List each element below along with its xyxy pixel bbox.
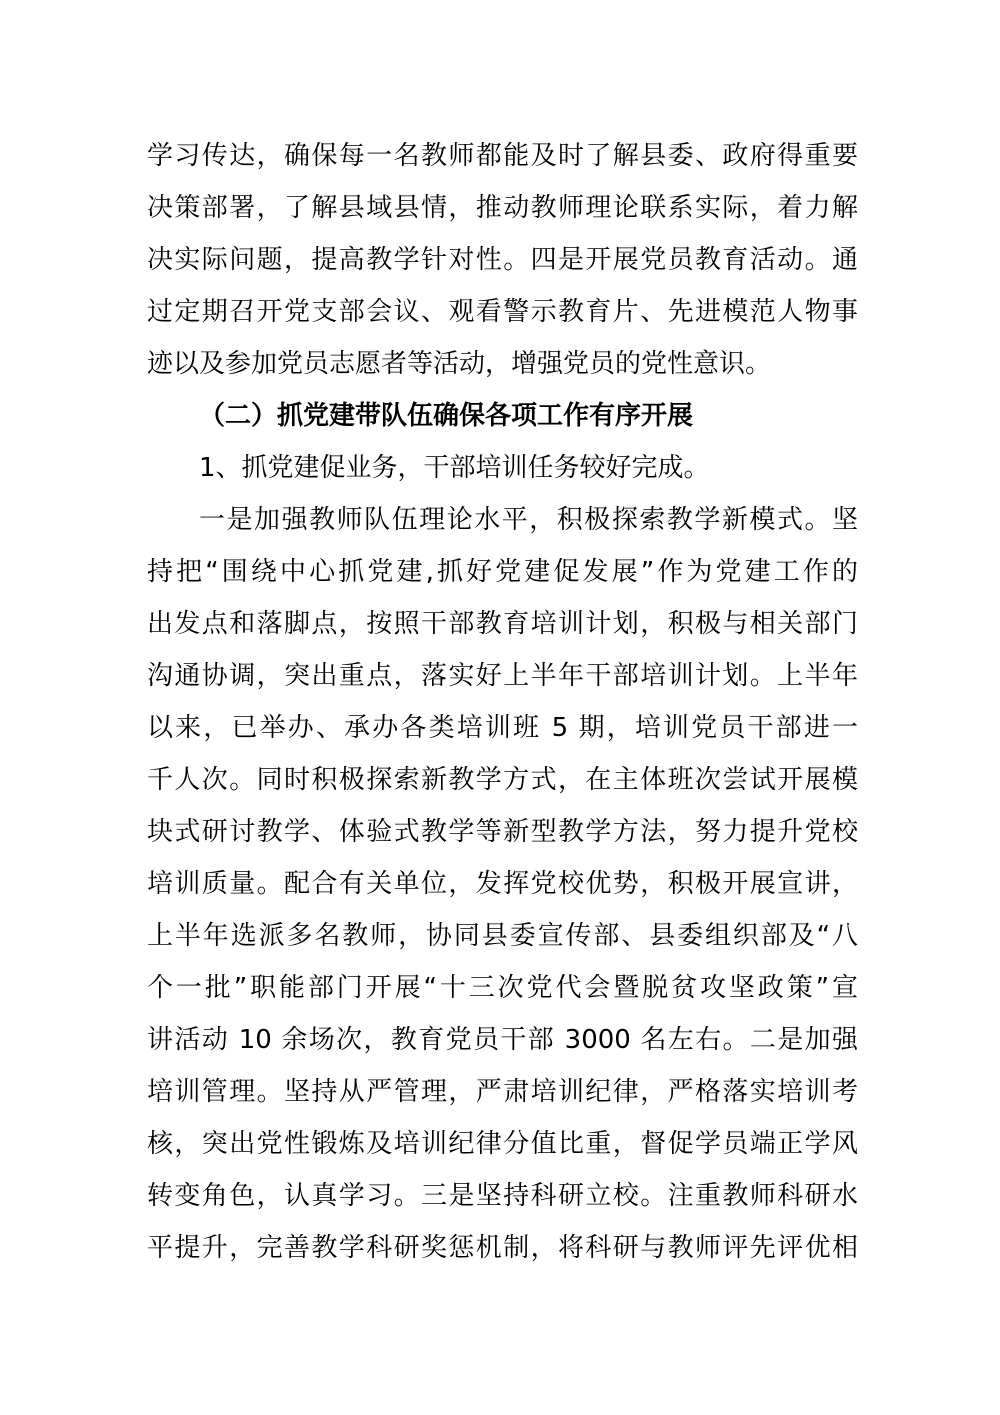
document-body: 学习传达，确保每一名教师都能及时了解县委、政府得重要决策部署，了解县域县情，推动… [147, 130, 858, 1274]
text-line: 沟通协调，突出重点，落实好上半年干部培训计划。上半年 [147, 650, 858, 702]
text-line: 千人次。同时积极探索新教学方式，在主体班次尝试开展模 [147, 754, 858, 806]
text-line: 块式研讨教学、体验式教学等新型教学方法，努力提升党校 [147, 806, 858, 858]
text-line: 培训管理。坚持从严管理，严肃培训纪律，严格落实培训考 [147, 1066, 858, 1118]
text-line: 迹以及参加党员志愿者等活动，增强党员的党性意识。 [147, 338, 858, 390]
text-line: 个一批”职能部门开展“十三次党代会暨脱贫攻坚政策”宣 [147, 962, 858, 1014]
text-line: 决策部署，了解县域县情，推动教师理论联系实际，着力解 [147, 182, 858, 234]
section-heading: （二）抓党建带队伍确保各项工作有序开展 [147, 390, 858, 442]
text-line: 1、抓党建促业务，干部培训任务较好完成。 [147, 442, 858, 494]
text-line: 一是加强教师队伍理论水平，积极探索教学新模式。坚 [147, 494, 858, 546]
text-line: 过定期召开党支部会议、观看警示教育片、先进模范人物事 [147, 286, 858, 338]
text-line: 上半年选派多名教师，协同县委宣传部、县委组织部及“八 [147, 910, 858, 962]
text-line: 讲活动 10 余场次，教育党员干部 3000 名左右。二是加强 [147, 1014, 858, 1066]
text-line: 核，突出党性锻炼及培训纪律分值比重，督促学员端正学风 [147, 1118, 858, 1170]
text-line: 以来，已举办、承办各类培训班 5 期，培训党员干部进一 [147, 702, 858, 754]
document-page: 学习传达，确保每一名教师都能及时了解县委、政府得重要决策部署，了解县域县情，推动… [0, 0, 1000, 1415]
text-line: 转变角色，认真学习。三是坚持科研立校。注重教师科研水 [147, 1170, 858, 1222]
text-line: 平提升，完善教学科研奖惩机制，将科研与教师评先评优相 [147, 1222, 858, 1274]
text-line: 学习传达，确保每一名教师都能及时了解县委、政府得重要 [147, 130, 858, 182]
text-line: 持把“围绕中心抓党建,抓好党建促发展”作为党建工作的 [147, 546, 858, 598]
text-line: 出发点和落脚点，按照干部教育培训计划，积极与相关部门 [147, 598, 858, 650]
text-line: 决实际问题，提高教学针对性。四是开展党员教育活动。通 [147, 234, 858, 286]
text-line: 培训质量。配合有关单位，发挥党校优势，积极开展宣讲， [147, 858, 858, 910]
